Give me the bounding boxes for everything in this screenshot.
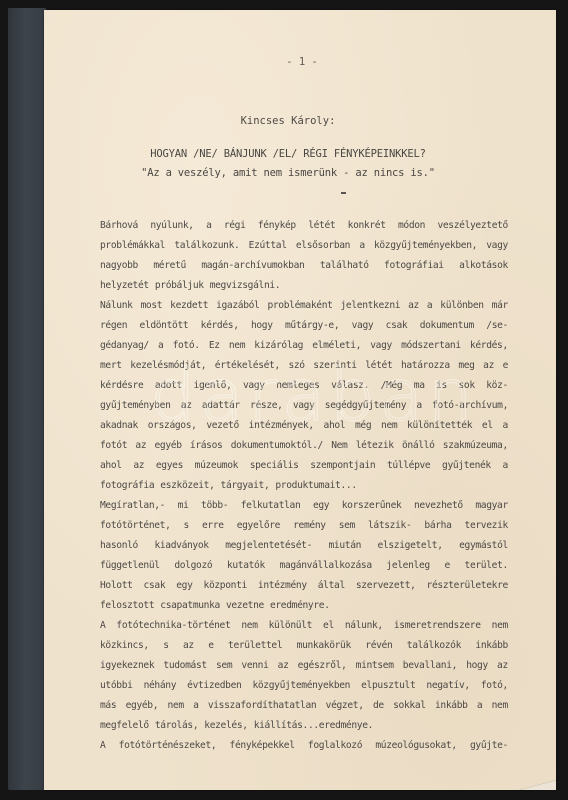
word: önálló xyxy=(402,436,435,456)
word: most xyxy=(141,296,163,316)
word: egészről, xyxy=(298,656,347,676)
word: fotótörténet, xyxy=(100,516,171,536)
text-line: kérdésreadottigenlő,vagynemlegesválasz./… xyxy=(100,376,508,396)
word: több- xyxy=(201,496,228,516)
word: révén xyxy=(365,636,392,656)
word: hogy xyxy=(466,656,488,676)
word: fénykép xyxy=(258,216,296,236)
word: meg xyxy=(458,356,474,376)
text-line: fotótörténet,serreegyelőrereménysemlátsz… xyxy=(100,516,508,536)
word: múzeológusokat, xyxy=(375,736,456,756)
word: el xyxy=(323,616,334,636)
word: s xyxy=(163,636,168,656)
word: csak xyxy=(144,576,166,596)
word: műtárgy-e, xyxy=(285,316,339,336)
word: fotót xyxy=(100,436,127,456)
word: határozza xyxy=(401,356,450,376)
text-line: nagyobbméretűmagán-archívumokbantalálhat… xyxy=(100,256,508,276)
word: nem xyxy=(167,696,183,716)
word: kérdés, xyxy=(470,336,508,356)
word: /se- xyxy=(486,316,508,336)
text-line: Afotótechnika-történetnemkülönültelnálun… xyxy=(100,616,508,636)
word: a xyxy=(503,456,508,476)
word: sem xyxy=(216,656,232,676)
word: fotó, xyxy=(481,676,508,696)
word: országos, xyxy=(148,416,197,436)
word: értékelését, xyxy=(215,356,280,376)
text-line: Nálunkmostkezdettigazábólproblémakéntjel… xyxy=(100,296,508,316)
text-line: Megíratlan,-mitöbb-felkutatlanegykorszer… xyxy=(100,496,508,516)
word: nagyobb xyxy=(100,256,138,276)
word: terület. xyxy=(465,556,508,576)
word: évtizedben xyxy=(187,676,241,696)
word: negatív, xyxy=(426,676,469,696)
word: gyűjtenék xyxy=(442,456,491,476)
word: erre xyxy=(202,516,224,536)
word: is xyxy=(436,376,447,396)
word: magánvállalkozása xyxy=(280,556,372,576)
word: ismeretrendszere xyxy=(394,616,481,636)
word: elméleti, xyxy=(312,336,361,356)
word: mintsem xyxy=(356,656,394,676)
word: kérdés, xyxy=(201,316,239,336)
word: de xyxy=(373,696,384,716)
text-line: fotótazegyébírásosdokumentumoktól./Nemlé… xyxy=(100,436,508,456)
word: kizárólag xyxy=(254,336,303,356)
word: elpusztult xyxy=(361,676,415,696)
word: találkozók xyxy=(407,636,461,656)
word: létét xyxy=(308,216,335,236)
word: egy xyxy=(176,576,192,596)
word: egy xyxy=(313,496,329,516)
word: az xyxy=(483,356,494,376)
text-line: helyzetétpróbáljukmegvizsgálni. xyxy=(100,276,508,296)
word: dokumentumoktól./ xyxy=(231,436,323,456)
word: elszigetelt, xyxy=(378,536,443,556)
word: a xyxy=(206,216,211,236)
word: a xyxy=(158,336,163,356)
word: dokumentum xyxy=(420,316,474,336)
text-line: mertkezelésmódját,értékelését,szószerint… xyxy=(100,356,508,376)
word: kezelésmódját, xyxy=(130,356,206,376)
word: más xyxy=(100,696,116,716)
word: próbáljuk xyxy=(155,276,204,296)
word: része, xyxy=(250,396,283,416)
word: az xyxy=(133,456,144,476)
word: foglalkozó xyxy=(308,736,362,756)
word: dolgozó xyxy=(174,556,212,576)
word: gédanyag/ xyxy=(100,336,149,356)
word: /Még xyxy=(381,376,403,396)
word: el xyxy=(482,416,493,436)
word: az xyxy=(183,636,194,656)
word: gyűjteményben xyxy=(100,396,171,416)
word: módszertani xyxy=(401,336,461,356)
word: hogy xyxy=(251,316,273,336)
word: fényképekkel xyxy=(230,736,295,756)
word: különült xyxy=(269,616,312,636)
text-line: utóbbinéhányévtizedbenközgyűjteményekben… xyxy=(100,676,508,696)
text-line: függetlenüldolgozókutatókmagánvállalkozá… xyxy=(100,556,508,576)
word: eszközeit, xyxy=(160,476,214,496)
word: felkutatlan xyxy=(241,496,301,516)
word: nálunk, xyxy=(345,616,383,636)
text-line: Holottcsakegyközpontiintézményáltalszerv… xyxy=(100,576,508,596)
document-subtitle-quote: "Az a veszély, amit nem ismerünk - az ni… xyxy=(0,167,568,179)
word: magyar xyxy=(475,496,508,516)
word: konkrét xyxy=(348,216,386,236)
word: fotótörténészeket, xyxy=(119,736,217,756)
word: fotó. xyxy=(173,336,200,356)
word: a xyxy=(416,396,421,416)
word: utóbbi xyxy=(100,676,133,696)
word: kezdett xyxy=(170,296,208,316)
word: igenlő, xyxy=(194,376,232,396)
word: jelenleg xyxy=(386,556,429,576)
word: egyes xyxy=(156,456,183,476)
word: közgyűjteményekben, xyxy=(374,236,477,256)
word: fotótechnika-történet xyxy=(116,616,230,636)
word: múzeumok xyxy=(195,456,238,476)
word: intézmény xyxy=(258,576,307,596)
word: Nem xyxy=(331,436,347,456)
text-line: közkincs,sazeterülettelmunkakörükrévénta… xyxy=(100,636,508,656)
word: tárolás, xyxy=(155,716,198,736)
word: szempontjain xyxy=(310,456,375,476)
word: különben xyxy=(440,296,483,316)
word: nem xyxy=(241,616,257,636)
word: speciális xyxy=(250,456,299,476)
word: fotográfiai xyxy=(384,256,444,276)
word: mi xyxy=(178,496,189,516)
word: szerinti xyxy=(313,356,356,376)
text-line: Afotótörténészeket,fényképekkelfoglalkoz… xyxy=(100,736,508,756)
word: csapatmunka xyxy=(160,596,220,616)
word: A xyxy=(100,616,105,636)
text-line: gédanyag/afotó.Eznemkizárólagelméleti,va… xyxy=(100,336,508,356)
word: függetlenül xyxy=(100,556,160,576)
word: írásos xyxy=(190,436,223,456)
word: megfelelő xyxy=(100,716,149,736)
word: problémaként xyxy=(267,296,332,316)
text-line: felosztottcsapatmunkavezetneeredményre. xyxy=(100,596,508,616)
word: végzet, xyxy=(326,696,364,716)
word: produktumait... xyxy=(275,476,356,496)
word: e xyxy=(208,636,213,656)
word: venni xyxy=(241,656,268,676)
word: visszafordíthatatlan xyxy=(208,696,317,716)
word: eldöntött xyxy=(139,316,188,336)
word: inkább xyxy=(435,696,468,716)
word: a xyxy=(359,236,364,256)
word: eredményre. xyxy=(270,596,330,616)
document-title: HOGYAN /NE/ BÁNJUNK /EL/ RÉGI FÉNYKÉPEIN… xyxy=(0,148,568,160)
word: mert xyxy=(100,356,122,376)
word: remény xyxy=(293,516,326,536)
word: részterületekre xyxy=(427,576,508,596)
word: nevezhető xyxy=(414,496,463,516)
text-line: Bárhoványúlunk,arégifényképlététkonkrétm… xyxy=(100,216,508,236)
word: segédgyűjtemény xyxy=(325,396,406,416)
word: korszerűnek xyxy=(342,496,402,516)
word: már xyxy=(492,296,508,316)
word: néhány xyxy=(144,676,177,696)
word: A xyxy=(100,736,105,756)
word: szó xyxy=(288,356,304,376)
word: miután xyxy=(328,536,361,556)
word: sokkal xyxy=(393,696,426,716)
text-line: igyekeznektudomástsemvenniazegészről,min… xyxy=(100,656,508,676)
word: e xyxy=(444,556,449,576)
word: által xyxy=(318,576,345,596)
word: hasonló xyxy=(100,536,138,556)
word: szakmúzeuma, xyxy=(443,436,508,456)
word: egymástól xyxy=(459,536,508,556)
word: különítették xyxy=(407,416,472,436)
word: vagy xyxy=(352,316,374,336)
word: látszik- xyxy=(368,516,411,536)
word: sok xyxy=(458,376,474,396)
word: területtel xyxy=(228,636,282,656)
word: megvizsgálni. xyxy=(210,276,281,296)
text-line: fotográfiaeszközeit,tárgyait,produktumai… xyxy=(100,476,508,496)
word: fotó-archívum, xyxy=(432,396,508,416)
word: létét xyxy=(365,356,392,376)
word: bevallani, xyxy=(403,656,457,676)
body-text: Bárhoványúlunk,arégifényképlététkonkrétm… xyxy=(100,216,508,756)
word: felosztott xyxy=(100,596,154,616)
word: található xyxy=(320,256,369,276)
word: válasz. xyxy=(331,376,369,396)
word: az xyxy=(497,656,508,676)
word: ma xyxy=(414,376,425,396)
word: ahol xyxy=(100,456,122,476)
word: tárgyait, xyxy=(221,476,270,496)
word: tervezik xyxy=(465,516,508,536)
word: fotográfia xyxy=(100,476,154,496)
word: inkább xyxy=(475,636,508,656)
word: még xyxy=(355,416,371,436)
word: megjelentetését- xyxy=(225,536,312,556)
word: e xyxy=(503,356,508,376)
word: egyéb xyxy=(155,436,182,456)
word: a xyxy=(193,696,198,716)
word: magán-archívumokban xyxy=(201,256,304,276)
word: helyzetét xyxy=(100,276,149,296)
word: vezető xyxy=(206,416,239,436)
word: gyűjte- xyxy=(470,736,508,756)
separator-dash xyxy=(341,192,346,194)
word: kiadványok xyxy=(154,536,208,556)
word: nemleges xyxy=(276,376,319,396)
word: a xyxy=(427,296,432,316)
word: egyéb, xyxy=(126,696,159,716)
word: nem xyxy=(381,416,397,436)
word: akadnak xyxy=(100,416,138,436)
word: ahol xyxy=(324,416,346,436)
word: elsősorban xyxy=(296,236,350,256)
word: bárha xyxy=(424,516,451,536)
author-line: Kincses Károly: xyxy=(0,115,568,127)
text-line: régeneldöntöttkérdés,hogyműtárgy-e,vagyc… xyxy=(100,316,508,336)
word: igyekeznek xyxy=(100,656,154,676)
word: vagy xyxy=(370,336,392,356)
word: igazából xyxy=(216,296,259,316)
word: régi xyxy=(224,216,246,236)
text-line: másegyéb,nemavisszafordíthatatlanvégzet,… xyxy=(100,696,508,716)
word: a xyxy=(503,416,508,436)
word: kérdésre xyxy=(100,376,143,396)
text-line: hasonlókiadványokmegjelentetését-miutáne… xyxy=(100,536,508,556)
text-line: aholazegyesmúzeumokspeciálisszempontjain… xyxy=(100,456,508,476)
word: adott xyxy=(155,376,182,396)
word: találkozunk. xyxy=(174,236,239,256)
word: az xyxy=(181,396,192,416)
word: nem xyxy=(492,616,508,636)
word: központi xyxy=(204,576,247,596)
word: vagy xyxy=(293,396,315,416)
word: nem xyxy=(492,696,508,716)
word: módon xyxy=(398,216,425,236)
word: régen xyxy=(100,316,127,336)
word: közkincs, xyxy=(100,636,149,656)
word: az xyxy=(408,296,419,316)
word: intézmények, xyxy=(249,416,314,436)
text-line: megfelelőtárolás,kezelés,kiállítás...ere… xyxy=(100,716,508,736)
word: sem xyxy=(339,516,355,536)
word: az xyxy=(135,436,146,456)
word: létezik xyxy=(356,436,394,456)
word: túllépve xyxy=(387,456,430,476)
word: kutatók xyxy=(227,556,265,576)
word: nyúlunk, xyxy=(150,216,193,236)
word: s xyxy=(184,516,189,536)
word: Megíratlan,- xyxy=(100,496,165,516)
word: vagy xyxy=(486,236,508,256)
word: Ez xyxy=(209,336,220,356)
word: Ezúttal xyxy=(249,236,287,256)
word: az xyxy=(278,656,289,676)
word: kezelés, xyxy=(204,716,247,736)
word: csak xyxy=(386,316,408,336)
word: egyelőre xyxy=(237,516,280,536)
word: munkakörük xyxy=(297,636,351,656)
word: közgyűjteményekben xyxy=(252,676,350,696)
word: adattár xyxy=(202,396,240,416)
word: méretű xyxy=(153,256,186,276)
word: vagy xyxy=(243,376,265,396)
word: kiállítás...eredménye. xyxy=(254,716,373,736)
page-number: - 1 - xyxy=(0,56,568,68)
word: alkotások xyxy=(459,256,508,276)
word: Bárhová xyxy=(100,216,138,236)
word: Nálunk xyxy=(100,296,133,316)
word: Holott xyxy=(100,576,133,596)
word: jelentkezni xyxy=(341,296,401,316)
word: tudomást xyxy=(163,656,206,676)
word: vezetne xyxy=(226,596,264,616)
text-line: problémákkaltalálkozunk.Ezúttalelsősorba… xyxy=(100,236,508,256)
word: a xyxy=(477,696,482,716)
text-line: gyűjteménybenazadattárrésze,vagysegédgyű… xyxy=(100,396,508,416)
text-line: akadnakországos,vezetőintézmények,aholmé… xyxy=(100,416,508,436)
word: veszélyeztető xyxy=(437,216,508,236)
word: problémákkal xyxy=(100,236,165,256)
word: nem xyxy=(229,336,245,356)
word: szervezett, xyxy=(356,576,416,596)
word: köz- xyxy=(486,376,508,396)
